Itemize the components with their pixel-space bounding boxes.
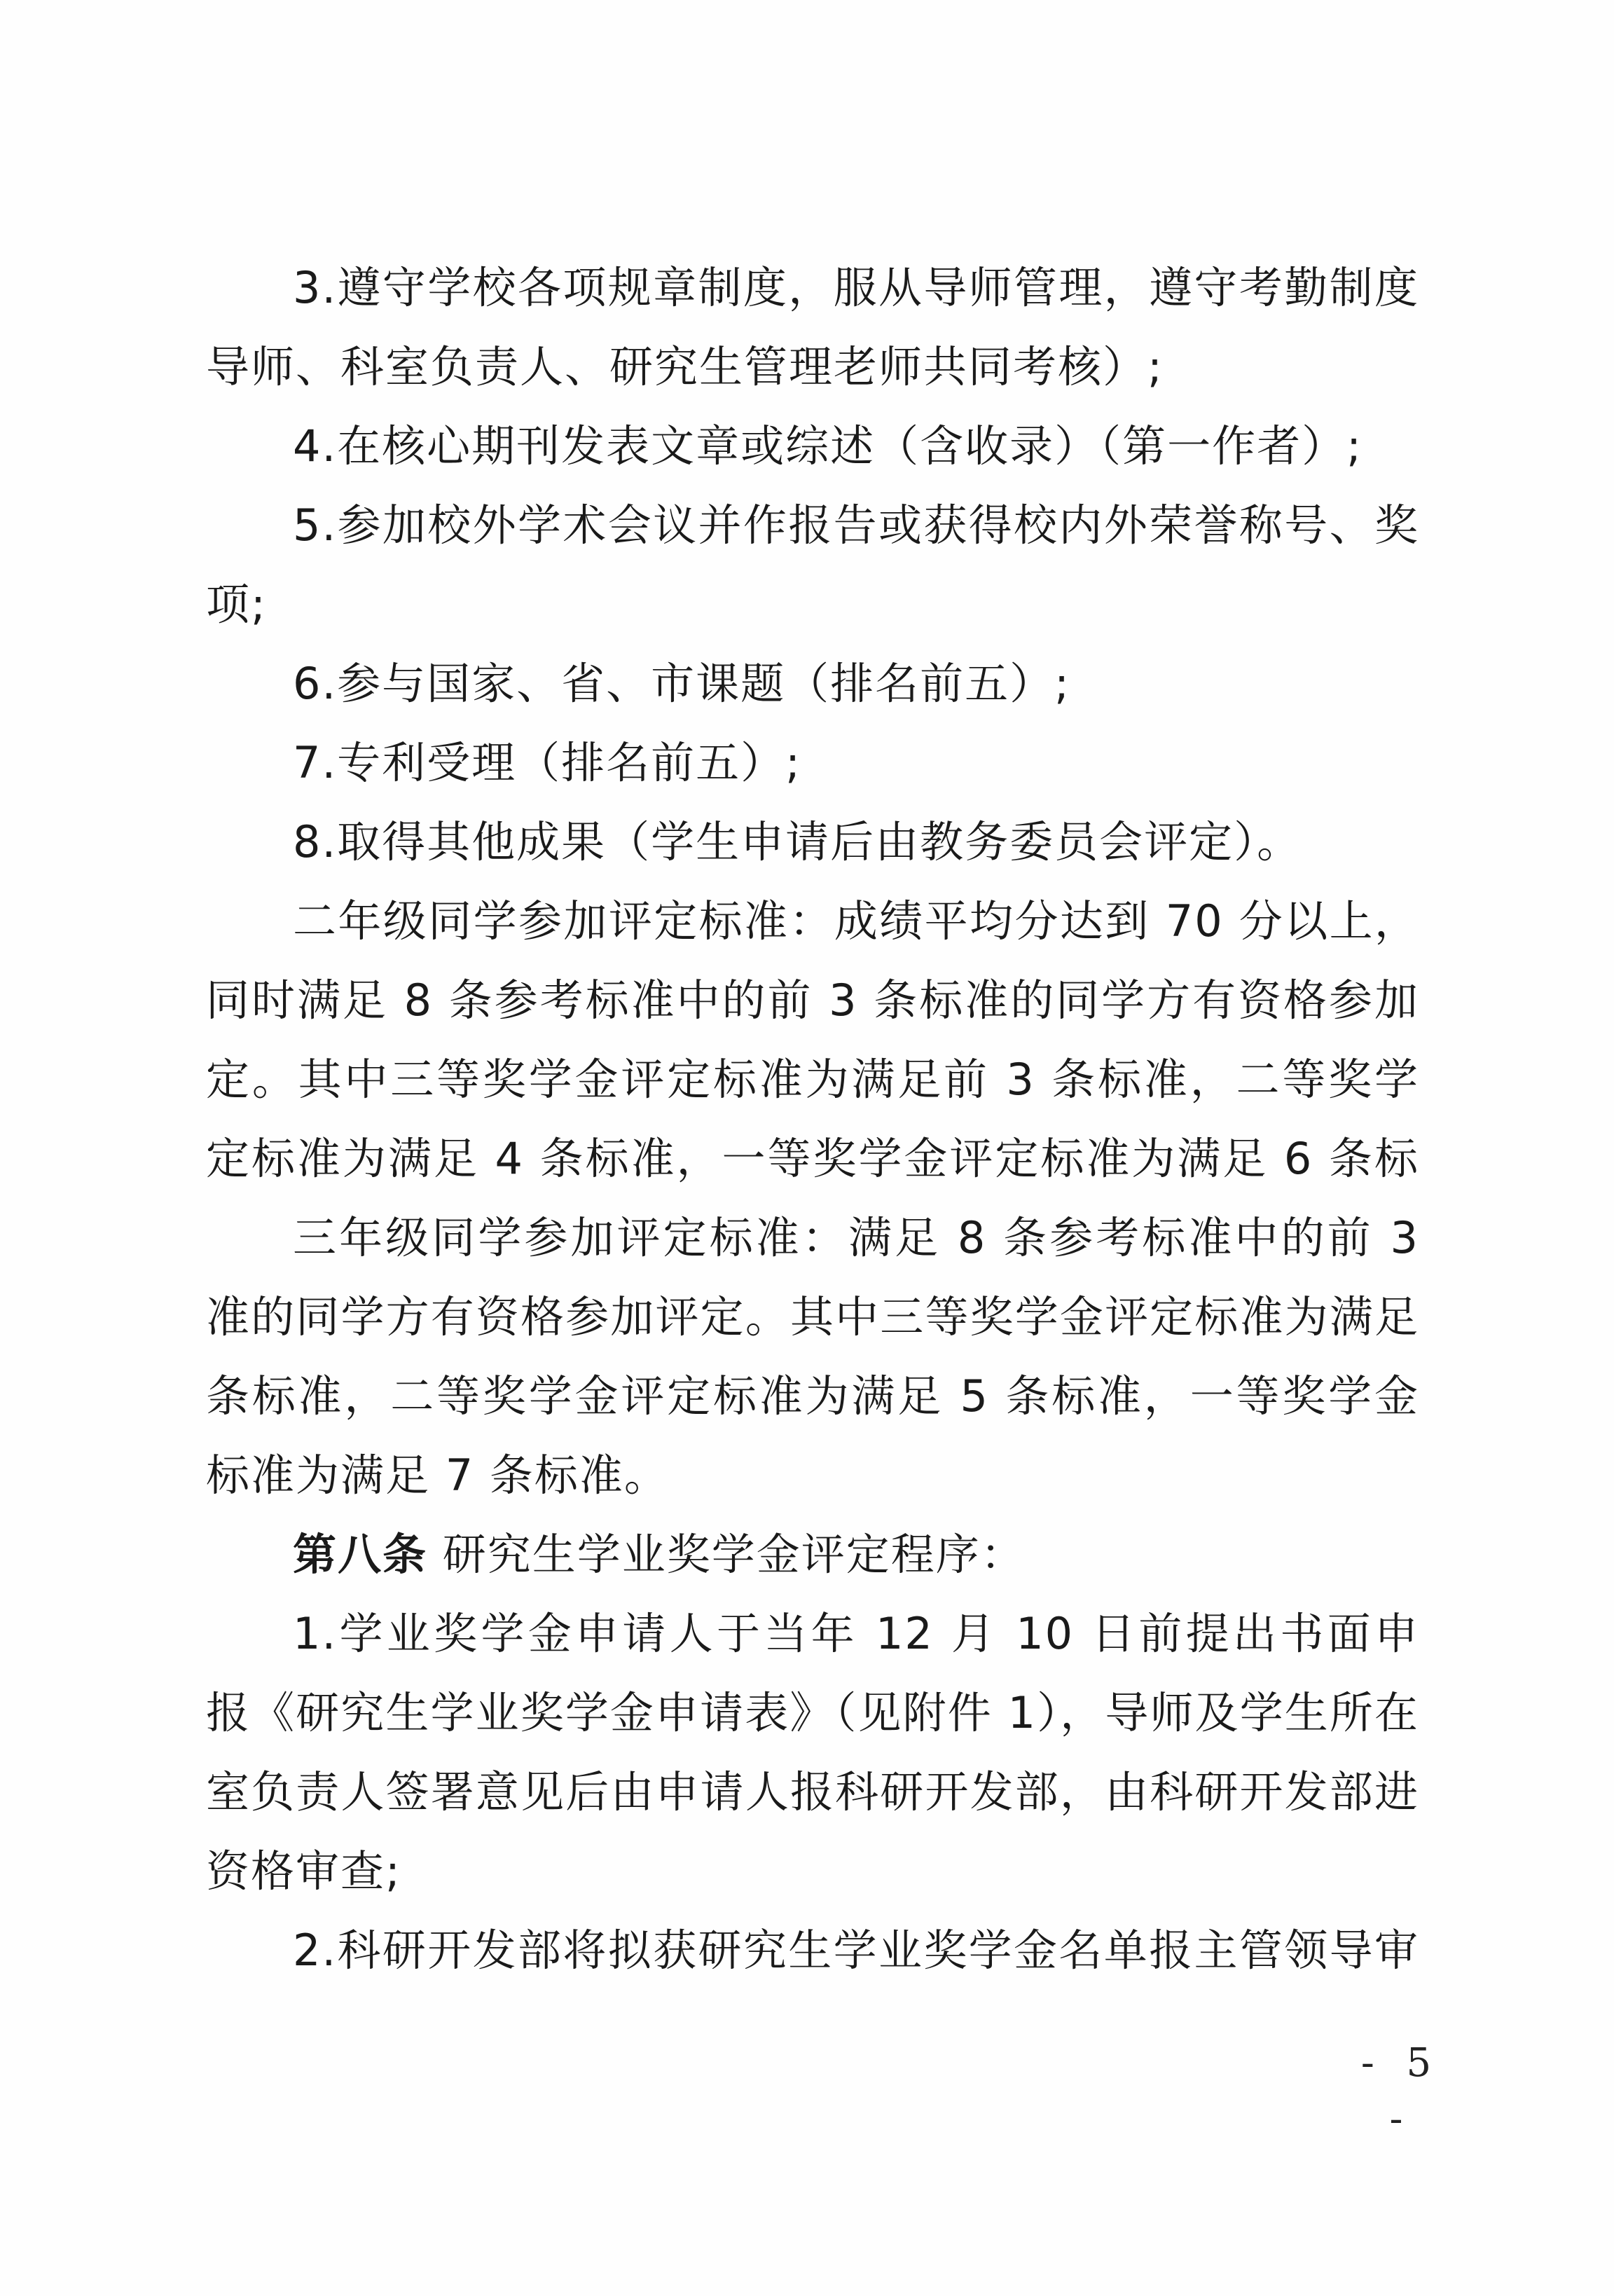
procedure-1-line-1: 1.学业奖学金申请人于当年 12 月 10 日前提出书面申请，填 [206,1594,1419,1673]
article-heading: 第八条 研究生学业奖学金评定程序： [206,1515,1419,1594]
second-year-standard-line-2: 同时满足 8 条参考标准中的前 3 条标准的同学方有资格参加评 [206,961,1419,1040]
third-year-standard-line-2: 准的同学方有资格参加评定。其中三等奖学金评定标准为满足 4 [206,1277,1419,1356]
criterion-5-line-1: 5.参加校外学术会议并作报告或获得校内外荣誉称号、奖 [206,486,1419,565]
criterion-3-line-1: 3.遵守学校各项规章制度，服从导师管理，遵守考勤制度（由 [206,248,1419,327]
document-body: 3.遵守学校各项规章制度，服从导师管理，遵守考勤制度（由 导师、科室负责人、研究… [206,248,1419,1990]
criterion-5-line-2: 项; [206,565,1419,644]
criterion-3-line-2: 导师、科室负责人、研究生管理老师共同考核）; [206,327,1419,406]
criterion-6: 6.参与国家、省、市课题（排名前五）; [206,644,1419,723]
article-title: 研究生学业奖学金评定程序： [443,1529,1026,1580]
second-year-standard-line-3: 定。其中三等奖学金评定标准为满足前 3 条标准，二等奖学金评 [206,1040,1419,1119]
page-number: - 5 - [1352,2035,1450,2147]
third-year-standard-line-3: 条标准，二等奖学金评定标准为满足 5 条标准，一等奖学金评定 [206,1356,1419,1436]
criterion-4: 4.在核心期刊发表文章或综述（含收录）（第一作者）; [206,406,1419,486]
procedure-1-line-3: 室负责人签署意见后由申请人报科研开发部，由科研开发部进行 [206,1752,1419,1831]
article-label: 第八条 [293,1529,427,1580]
procedure-1-line-4: 资格审查; [206,1831,1419,1911]
criterion-8: 8.取得其他成果（学生申请后由教务委员会评定）。 [206,802,1419,881]
third-year-standard-line-4: 标准为满足 7 条标准。 [206,1436,1419,1515]
second-year-standard-line-1: 二年级同学参加评定标准：成绩平均分达到 70 分以上，且 [206,881,1419,961]
criterion-7: 7.专利受理（排名前五）; [206,723,1419,802]
third-year-standard-line-1: 三年级同学参加评定标准：满足 8 条参考标准中的前 3 条标 [206,1198,1419,1277]
second-year-standard-line-4: 定标准为满足 4 条标准，一等奖学金评定标准为满足 6 条标准。 [206,1119,1419,1198]
document-page: 3.遵守学校各项规章制度，服从导师管理，遵守考勤制度（由 导师、科室负责人、研究… [0,0,1614,2296]
procedure-1-line-2: 报《研究生学业奖学金申请表》（见附件 1），导师及学生所在科 [206,1673,1419,1752]
procedure-2-line-1: 2.科研开发部将拟获研究生学业奖学金名单报主管领导审 [206,1911,1419,1990]
